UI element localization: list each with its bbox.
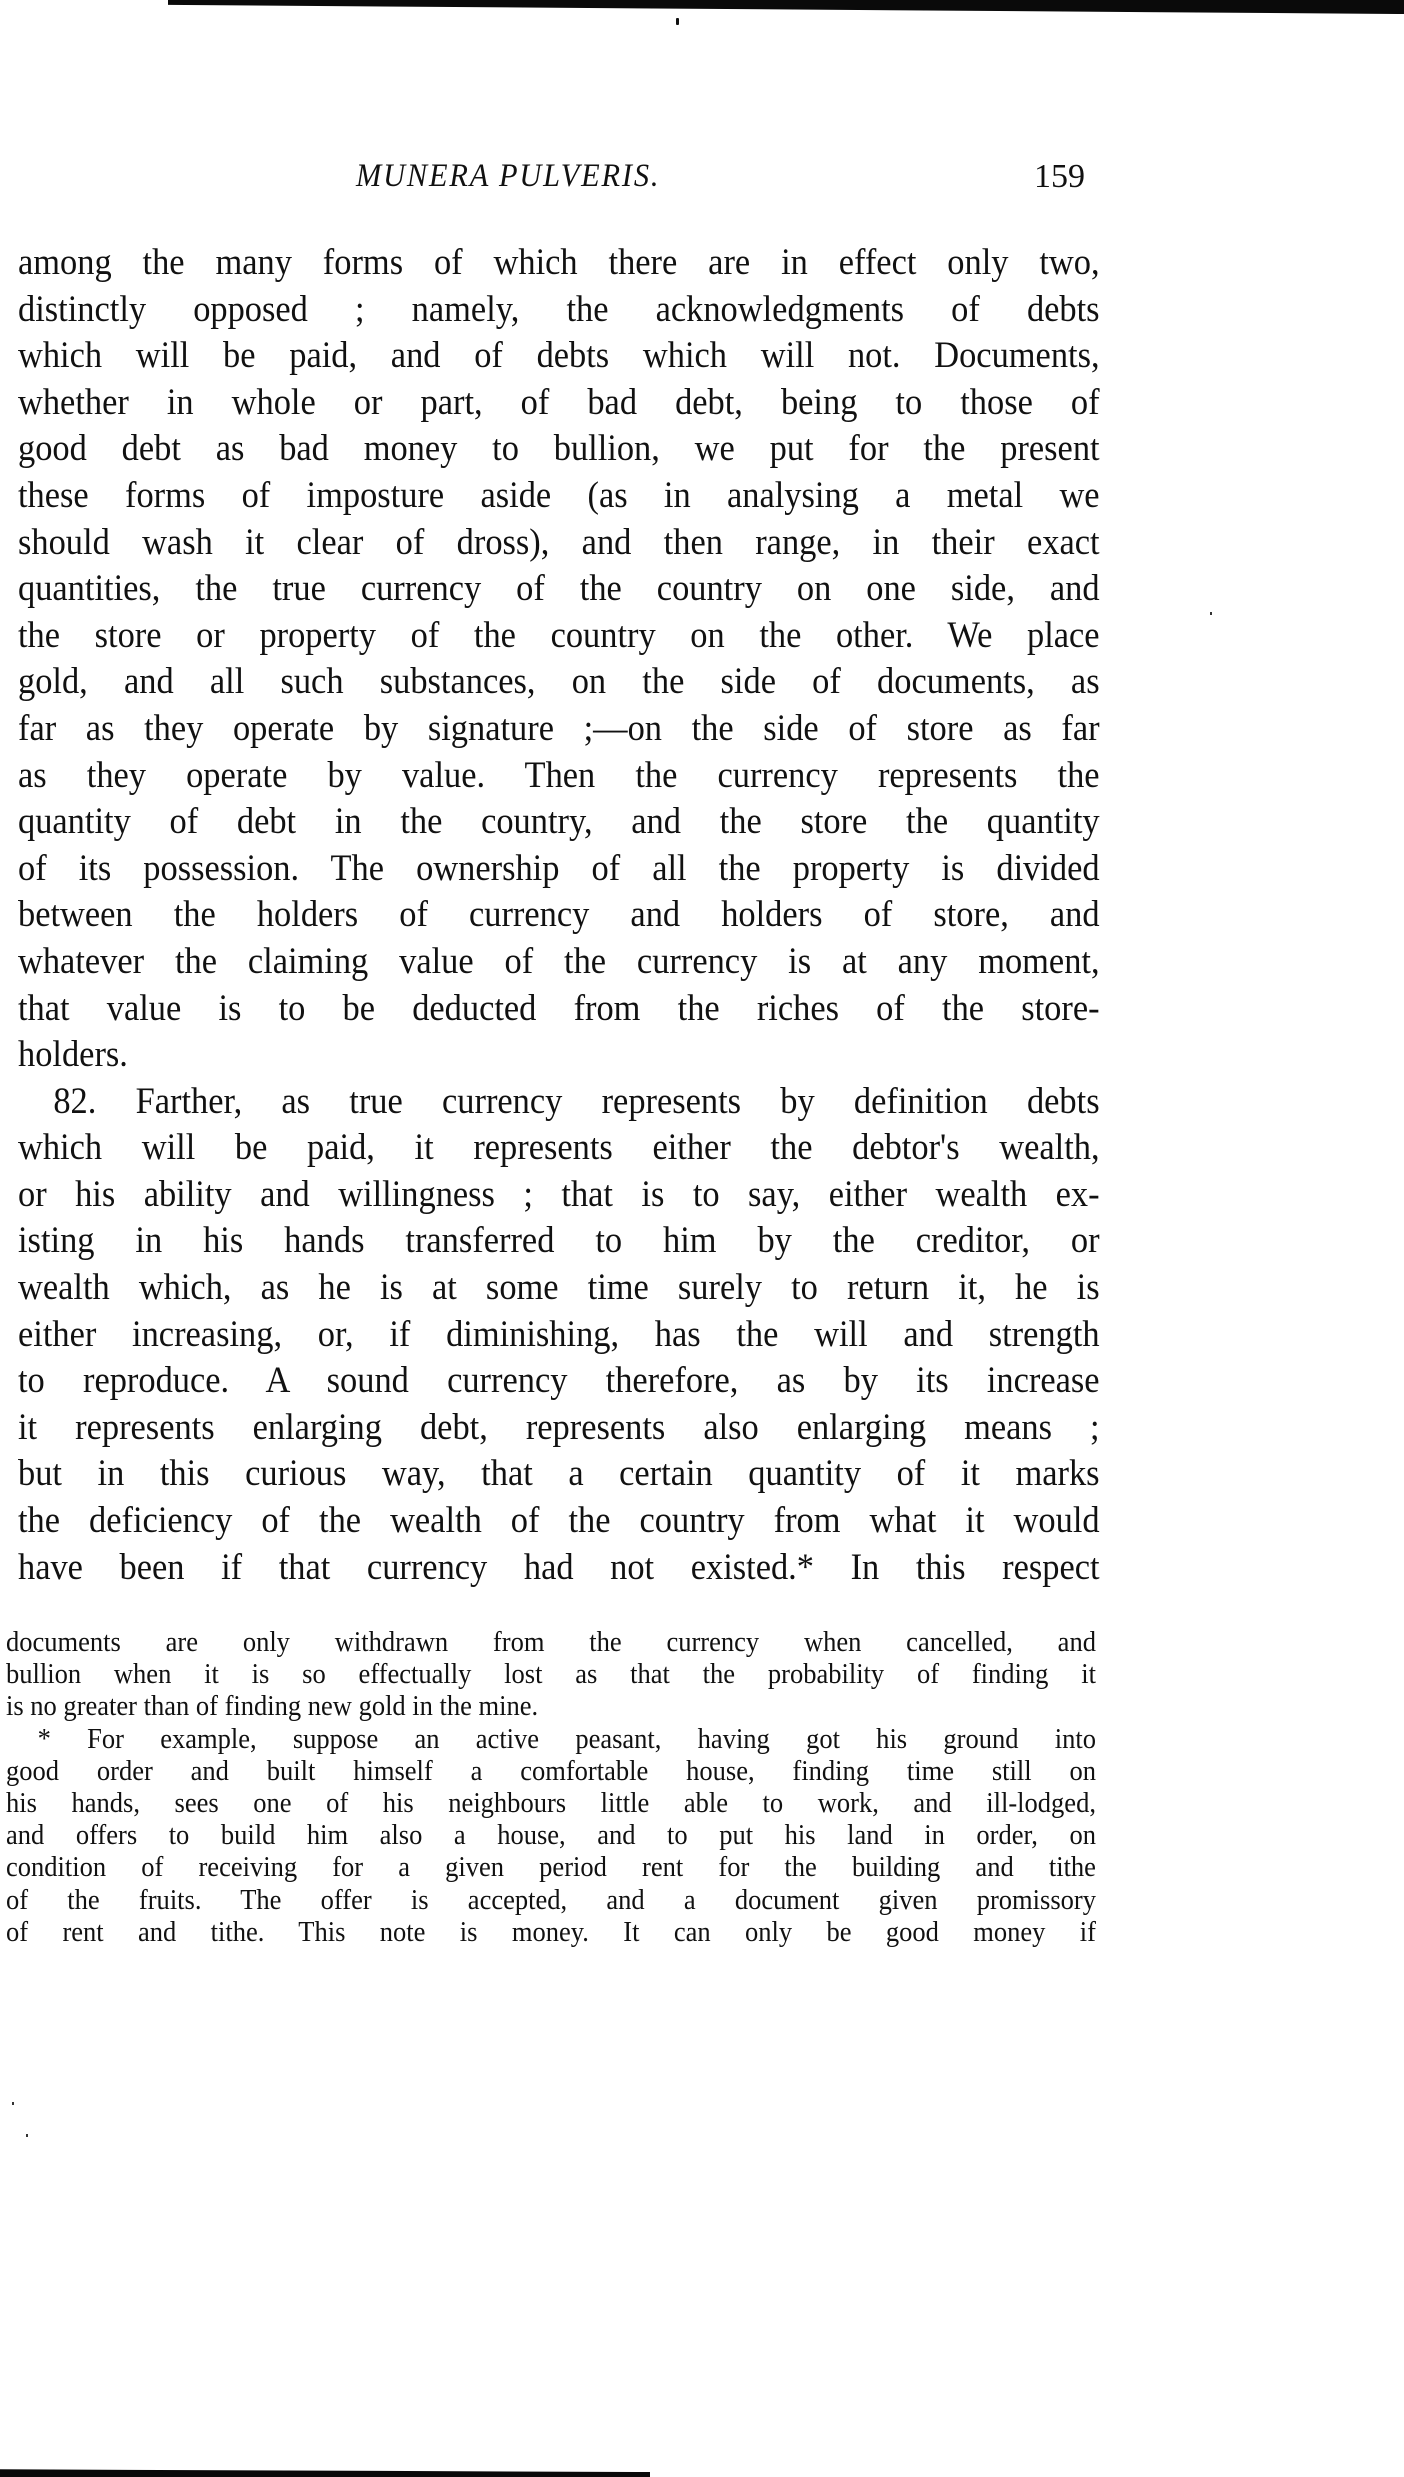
text-line: among the many forms of which there are … [18, 240, 1100, 287]
text-line: the store or property of the country on … [18, 613, 1100, 660]
text-line: or his ability and willingness ; that is… [18, 1172, 1100, 1219]
text-line: to reproduce. A sound currency therefore… [18, 1358, 1100, 1405]
footnotes: documents are only withdrawn from the cu… [6, 1627, 1096, 1949]
text-line: have been if that currency had not exist… [18, 1545, 1100, 1592]
text-line: which will be paid, it represents either… [18, 1125, 1100, 1172]
text-line: between the holders of currency and hold… [18, 892, 1100, 939]
text-line: these forms of imposture aside (as in an… [18, 473, 1100, 520]
text-line: gold, and all such substances, on the si… [18, 659, 1100, 706]
text-line: far as they operate by signature ;—on th… [18, 706, 1100, 753]
text-line: quantities, the true currency of the cou… [18, 566, 1100, 613]
text-line: that value is to be deducted from the ri… [18, 986, 1100, 1033]
footnote-line: condition of receiving for a given perio… [6, 1852, 1096, 1884]
text-line: either increasing, or, if diminishing, h… [18, 1312, 1100, 1359]
scan-speck [12, 2102, 14, 2105]
text-line: of its possession. The ownership of all … [18, 846, 1100, 893]
running-head: MUNERA PULVERIS. 159 [0, 158, 1404, 198]
text-line: it represents enlarging debt, represents… [18, 1405, 1100, 1452]
footnote-asterisk-start: * For example, suppose an active peasant… [6, 1724, 1096, 1756]
footnote-line: and offers to build him also a house, an… [6, 1820, 1096, 1852]
text-line: should wash it clear of dross), and then… [18, 520, 1100, 567]
text-line: which will be paid, and of debts which w… [18, 333, 1100, 380]
text-line: quantity of debt in the country, and the… [18, 799, 1100, 846]
footnote-line: of the fruits. The offer is accepted, an… [6, 1885, 1096, 1917]
footnote-line: good order and built himself a comfortab… [6, 1756, 1096, 1788]
footnote-line: of rent and tithe. This note is money. I… [6, 1917, 1096, 1949]
text-line: good debt as bad money to bullion, we pu… [18, 426, 1100, 473]
text-line: whether in whole or part, of bad debt, b… [18, 380, 1100, 427]
text-line: wealth which, as he is at some time sure… [18, 1265, 1100, 1312]
text-line: whatever the claiming value of the curre… [18, 939, 1100, 986]
text-line: distinctly opposed ; namely, the acknowl… [18, 287, 1100, 334]
footnote-line: his hands, sees one of his neighbours li… [6, 1788, 1096, 1820]
text-line: holders. [18, 1032, 1100, 1079]
scan-speck [26, 2134, 28, 2137]
text-line: but in this curious way, that a certain … [18, 1451, 1100, 1498]
scan-speck [1210, 612, 1212, 615]
body-text: among the many forms of which there are … [18, 240, 1100, 1591]
footnote-line: documents are only withdrawn from the cu… [6, 1627, 1096, 1659]
running-title: MUNERA PULVERIS. [356, 158, 660, 195]
text-line: isting in his hands transferred to him b… [18, 1218, 1100, 1265]
scan-edge-top [168, 0, 1404, 14]
text-line: the deficiency of the wealth of the coun… [18, 1498, 1100, 1545]
text-line: as they operate by value. Then the curre… [18, 753, 1100, 800]
scan-edge-bottom [0, 2466, 650, 2477]
footnote-line: bullion when it is so effectually lost a… [6, 1659, 1096, 1691]
footnote-line: is no greater than of finding new gold i… [6, 1691, 1096, 1723]
scan-speck [676, 18, 679, 25]
paragraph-82-start: 82. Farther, as true currency represents… [18, 1079, 1100, 1126]
page-number: 159 [1034, 158, 1085, 196]
